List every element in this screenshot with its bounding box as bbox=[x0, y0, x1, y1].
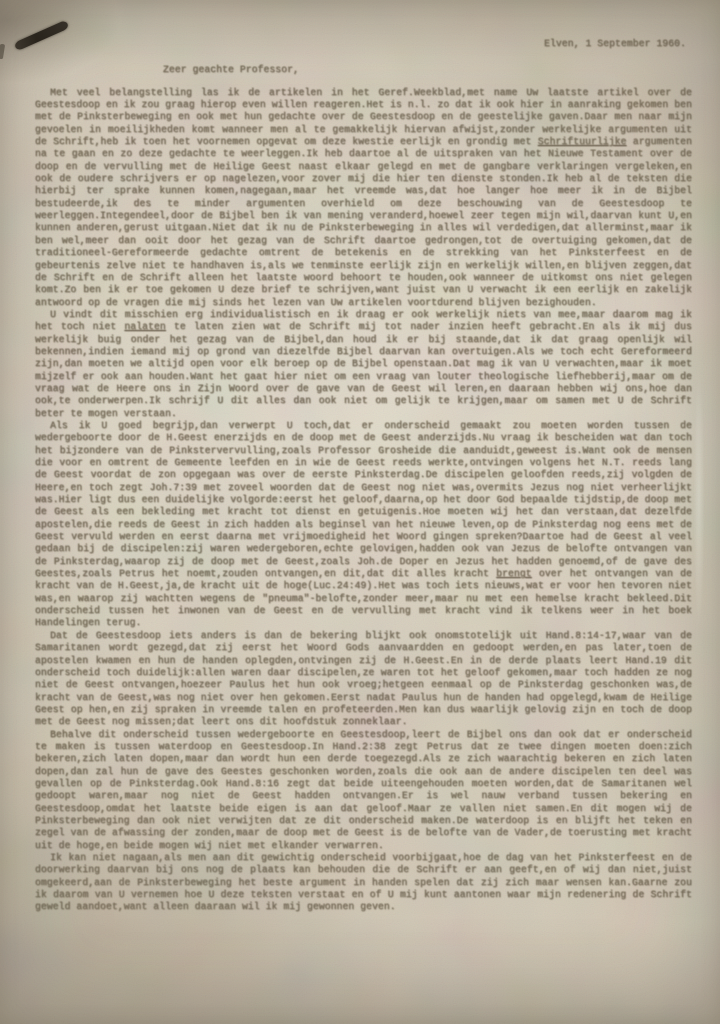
letter-text-block: Elven, 1 September 1960. Zeer geachte Pr… bbox=[35, 38, 692, 1024]
letter-paragraph: Dat de Geestesdoop iets anders is dan de… bbox=[35, 630, 692, 729]
letter-paragraph: Als ik U goed begrijp,dan verwerpt U toc… bbox=[35, 420, 692, 630]
letter-paragraph: Ik kan niet nagaan,als men aan dit gewic… bbox=[35, 852, 692, 914]
letter-paragraph: U vindt dit misschien erg individualisti… bbox=[35, 309, 692, 420]
letter-page: Elven, 1 September 1960. Zeer geachte Pr… bbox=[0, 0, 720, 1024]
salutation: Zeer geachte Professor, bbox=[163, 64, 692, 76]
paper-edge-mark bbox=[0, 44, 5, 60]
letter-body: Met veel belangstelling las ik de artike… bbox=[35, 87, 692, 914]
letter-paragraph: Behalve dit onderscheid tussen wedergebo… bbox=[35, 729, 692, 852]
letter-paragraph: Met veel belangstelling las ik de artike… bbox=[35, 87, 692, 309]
dateline: Elven, 1 September 1960. bbox=[35, 38, 692, 50]
